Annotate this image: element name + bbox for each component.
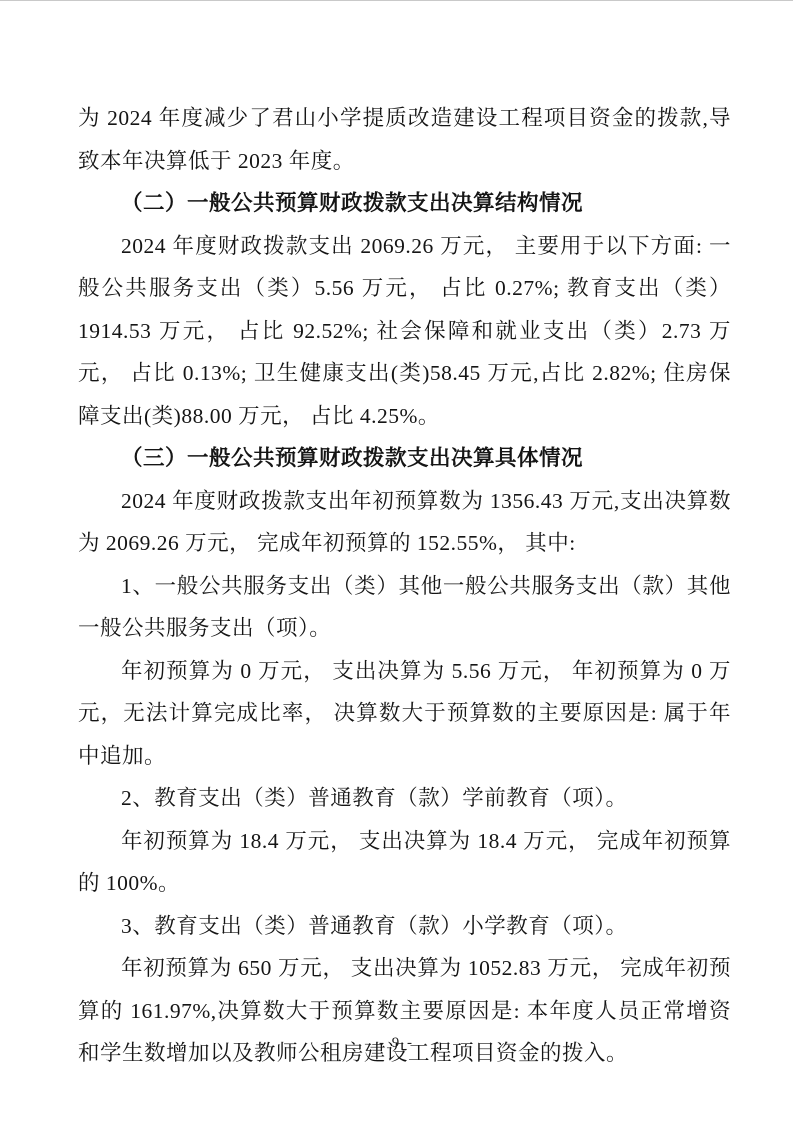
para-budget-vs-final-summary: 2024 年度财政拨款支出年初预算数为 1356.43 万元,支出决算数为 20… xyxy=(78,480,731,565)
para-item-2-figures: 年初预算为 18.4 万元， 支出决算为 18.4 万元， 完成年初预算的 10… xyxy=(78,820,731,905)
para-item-1-figures: 年初预算为 0 万元， 支出决算为 5.56 万元， 年初预算为 0 万元，无法… xyxy=(78,650,731,778)
heading-section-3-expenditure-specifics: （三）一般公共预算财政拨款支出决算具体情况 xyxy=(78,437,731,480)
page-number: - 9 - xyxy=(0,1035,793,1052)
document-text-block: 为 2024 年度减少了君山小学提质改造建设工程项目资金的拨款,导致本年决算低于… xyxy=(78,97,731,1075)
para-item-1-general-public-services: 1、一般公共服务支出（类）其他一般公共服务支出（款）其他一般公共服务支出（项）。 xyxy=(78,565,731,650)
para-item-2-preschool-education: 2、教育支出（类）普通教育（款）学前教育（项）。 xyxy=(78,777,731,820)
para-item-3-primary-education: 3、教育支出（类）普通教育（款）小学教育（项）。 xyxy=(78,905,731,948)
para-funding-decrease-continuation: 为 2024 年度减少了君山小学提质改造建设工程项目资金的拨款,导致本年决算低于… xyxy=(78,97,731,182)
para-item-3-figures: 年初预算为 650 万元， 支出决算为 1052.83 万元， 完成年初预算的 … xyxy=(78,947,731,1075)
para-expenditure-structure-detail: 2024 年度财政拨款支出 2069.26 万元， 主要用于以下方面: 一般公共… xyxy=(78,225,731,438)
heading-section-2-expenditure-structure: （二）一般公共预算财政拨款支出决算结构情况 xyxy=(78,182,731,225)
document-page: 为 2024 年度减少了君山小学提质改造建设工程项目资金的拨款,导致本年决算低于… xyxy=(0,0,793,1122)
